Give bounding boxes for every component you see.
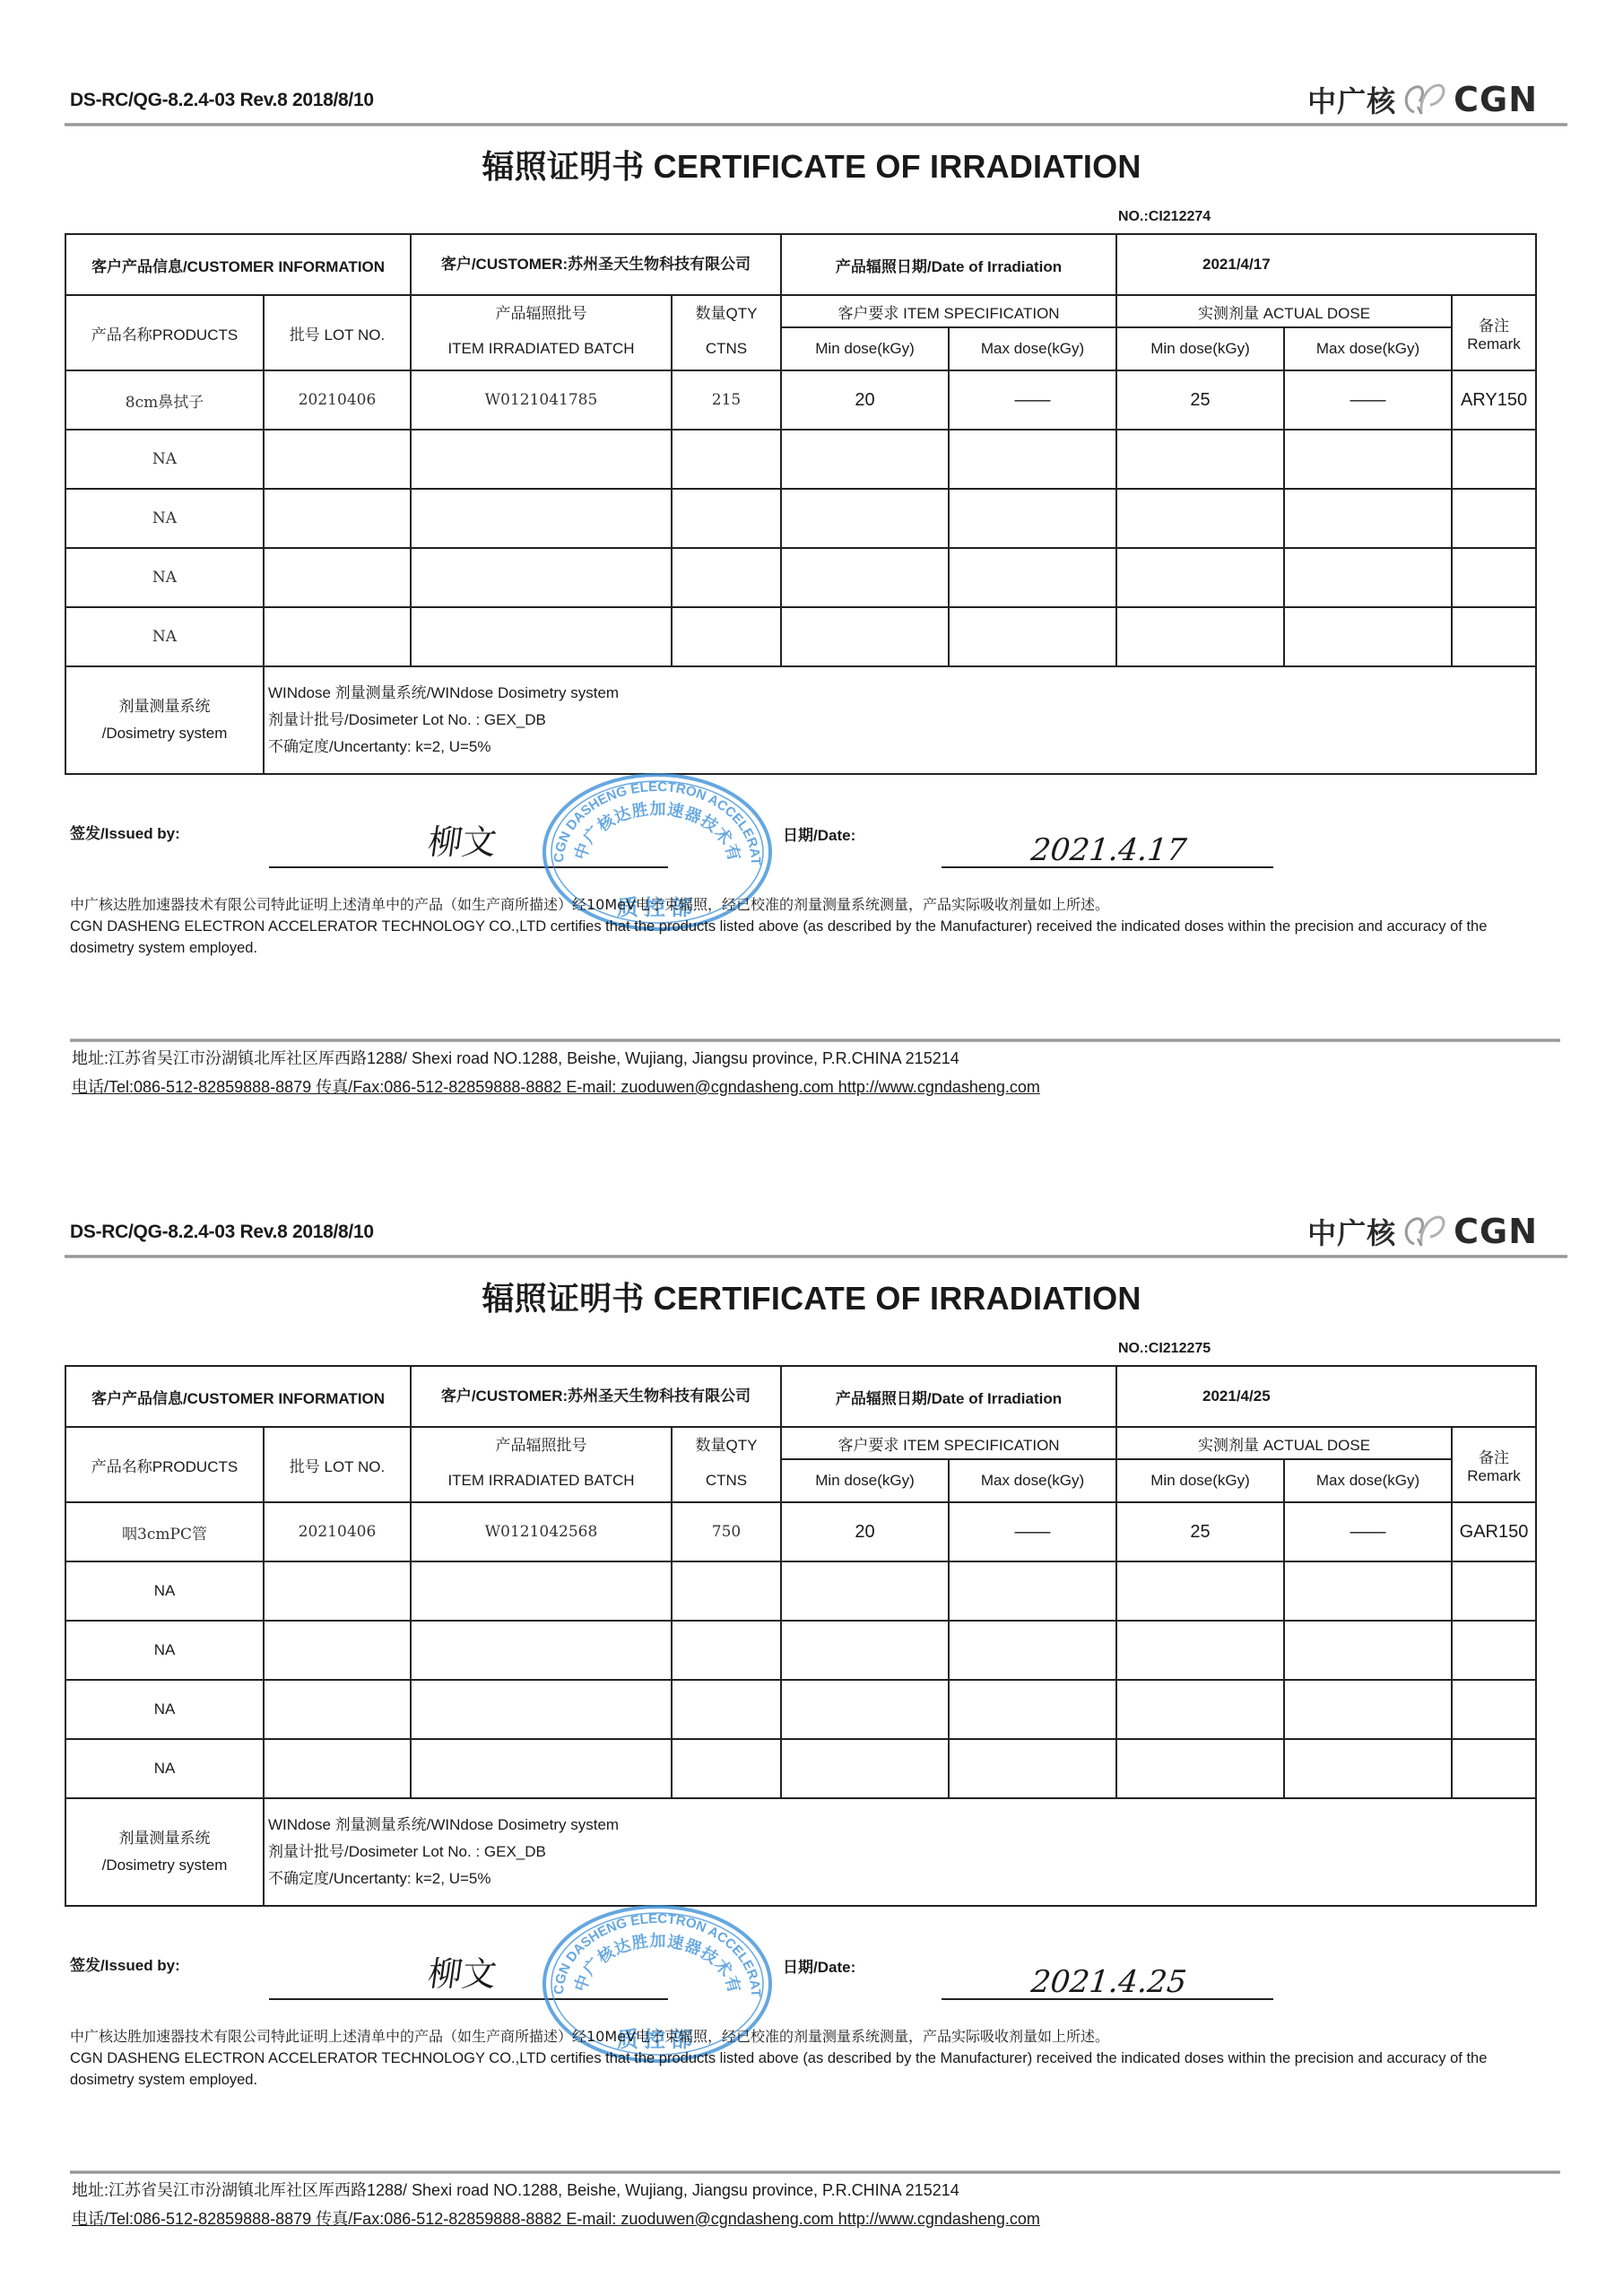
col-header-batch-cn: 产品辐照批号: [411, 295, 672, 327]
cell-spec-max: [949, 607, 1116, 666]
table-row: NA: [65, 430, 1536, 489]
uncertainty: 不确定度/Uncertanty: k=2, U=5%: [268, 1865, 1535, 1892]
cell-spec-min: 20: [781, 1502, 949, 1561]
issued-by-label: 签发/Issued by:: [70, 821, 180, 843]
cell-product: 8cm鼻拭子: [65, 370, 264, 430]
cell-product: NA: [65, 1561, 264, 1621]
table-row: NA: [65, 548, 1536, 607]
cell-qty: 750: [672, 1502, 781, 1561]
col-header-remark: 备注 Remark: [1452, 295, 1536, 370]
table-body: 咽3cmPC管20210406W012104256875020——25——GAR…: [65, 1502, 1536, 1798]
table-row: NA: [65, 607, 1536, 666]
cell-spec-max: [949, 1680, 1116, 1739]
col-header-remark: 备注 Remark: [1452, 1427, 1536, 1502]
dosimetry-system: WINdose 剂量测量系统/WINdose Dosimetry system: [268, 680, 1535, 707]
cell-remark: [1452, 607, 1536, 666]
cell-batch: [411, 430, 672, 489]
logo-english-text: CGN: [1454, 1212, 1538, 1251]
certification-statement: 中广核达胜加速器技术有限公司特此证明上述清单中的产品（如生产商所描述）经10Me…: [70, 894, 1549, 959]
cell-remark: ARY150: [1452, 370, 1536, 430]
cell-spec-max: ——: [949, 370, 1116, 430]
cell-batch: [411, 607, 672, 666]
cell-act-max: [1284, 1680, 1452, 1739]
cell-spec-max: [949, 1621, 1116, 1680]
cell-remark: [1452, 1680, 1536, 1739]
cell-product: NA: [65, 430, 264, 489]
col-header-products: 产品名称PRODUCTS: [65, 1427, 264, 1502]
dosimetry-label-cn: 剂量测量系统: [66, 693, 263, 720]
dosimetry-details: WINdose 剂量测量系统/WINdose Dosimetry system …: [264, 1798, 1536, 1906]
col-header-actual-min: Min dose(kGy): [1116, 1459, 1284, 1502]
company-logo: 中广核 CGN: [1307, 1211, 1538, 1252]
cell-lot: [264, 607, 411, 666]
issued-by-label: 签发/Issued by:: [70, 1952, 180, 1975]
cell-batch: [411, 1561, 672, 1621]
cell-act-max: ——: [1284, 1502, 1452, 1561]
cell-act-max: ——: [1284, 370, 1452, 430]
col-header-batch-cn: 产品辐照批号: [411, 1427, 672, 1459]
cell-product: NA: [65, 1680, 264, 1739]
table-row: NA: [65, 1739, 1536, 1798]
cell-qty: [672, 1621, 781, 1680]
statement-chinese: 中广核达胜加速器技术有限公司特此证明上述清单中的产品（如生产商所描述）经10Me…: [70, 2026, 1549, 2048]
dosimetry-details: WINdose 剂量测量系统/WINdose Dosimetry system …: [264, 666, 1536, 774]
cell-spec-min: 20: [781, 370, 949, 430]
customer-info-label: 客户产品信息/CUSTOMER INFORMATION: [65, 1366, 411, 1427]
page-title: 辐照证明书 CERTIFICATE OF IRRADIATION: [0, 1274, 1623, 1319]
statement-english: CGN DASHENG ELECTRON ACCELERATOR TECHNOL…: [70, 916, 1549, 959]
cell-product: NA: [65, 607, 264, 666]
col-header-actual-max: Max dose(kGy): [1284, 327, 1452, 370]
cell-act-min: 25: [1116, 370, 1284, 430]
cell-batch: [411, 1621, 672, 1680]
table-row: NA: [65, 489, 1536, 548]
cell-remark: [1452, 1561, 1536, 1621]
cell-spec-max: [949, 1739, 1116, 1798]
cell-act-max: [1284, 430, 1452, 489]
signature: 柳文: [425, 1946, 500, 1996]
company-contact[interactable]: 电话/Tel:086-512-82859888-8879 传真/Fax:086-…: [72, 1074, 1040, 1098]
statement-chinese: 中广核达胜加速器技术有限公司特此证明上述清单中的产品（如生产商所描述）经10Me…: [70, 894, 1549, 916]
col-header-batch-en: ITEM IRRADIATED BATCH: [411, 327, 672, 370]
certificate: DS-RC/QG-8.2.4-03 Rev.8 2018/8/10 中广核 CG…: [0, 1132, 1623, 2262]
col-header-spec-max: Max dose(kGy): [949, 327, 1116, 370]
cell-act-min: [1116, 1561, 1284, 1621]
cell-spec-min: [781, 548, 949, 607]
table-row: NA: [65, 1680, 1536, 1739]
dosimetry-label-en: /Dosimetry system: [66, 1852, 263, 1879]
dosimeter-lot: 剂量计批号/Dosimeter Lot No. : GEX_DB: [268, 1839, 1535, 1865]
cell-qty: [672, 607, 781, 666]
col-header-spec: 客户要求 ITEM SPECIFICATION: [781, 1427, 1116, 1459]
company-logo: 中广核 CGN: [1307, 79, 1538, 120]
handwritten-date: 2021.4.17: [1029, 832, 1188, 868]
table-row: NA: [65, 1621, 1536, 1680]
cell-spec-min: [781, 1739, 949, 1798]
col-header-spec-min: Min dose(kGy): [781, 327, 949, 370]
dosimetry-system: WINdose 剂量测量系统/WINdose Dosimetry system: [268, 1812, 1535, 1839]
irradiation-date-value: 2021/4/25: [1116, 1366, 1536, 1427]
cell-act-max: [1284, 1621, 1452, 1680]
cell-spec-max: [949, 548, 1116, 607]
company-contact[interactable]: 电话/Tel:086-512-82859888-8879 传真/Fax:086-…: [72, 2206, 1040, 2230]
document-reference: DS-RC/QG-8.2.4-03 Rev.8 2018/8/10: [70, 1222, 374, 1243]
cell-lot: [264, 548, 411, 607]
cell-remark: [1452, 430, 1536, 489]
cell-spec-max: [949, 430, 1116, 489]
cell-act-min: [1116, 607, 1284, 666]
cell-batch: [411, 1680, 672, 1739]
col-header-lot: 批号 LOT NO.: [264, 295, 411, 370]
table-row: NA: [65, 1561, 1536, 1621]
logo-english-text: CGN: [1454, 80, 1538, 119]
customer-name: 客户/CUSTOMER:苏州圣天生物科技有限公司: [411, 1366, 781, 1427]
col-header-batch-en: ITEM IRRADIATED BATCH: [411, 1459, 672, 1502]
col-header-spec-min: Min dose(kGy): [781, 1459, 949, 1502]
irradiation-date-label: 产品辐照日期/Date of Irradiation: [781, 234, 1116, 295]
irradiation-date-label: 产品辐照日期/Date of Irradiation: [781, 1366, 1116, 1427]
col-header-actual: 实测剂量 ACTUAL DOSE: [1116, 1427, 1452, 1459]
uncertainty: 不确定度/Uncertanty: k=2, U=5%: [268, 734, 1535, 761]
cell-spec-min: [781, 1621, 949, 1680]
col-header-spec-max: Max dose(kGy): [949, 1459, 1116, 1502]
cell-act-max: [1284, 489, 1452, 548]
cell-remark: [1452, 1739, 1536, 1798]
date-label: 日期/Date:: [783, 1954, 855, 1977]
cell-act-max: [1284, 548, 1452, 607]
cell-lot: [264, 489, 411, 548]
cell-qty: [672, 548, 781, 607]
cell-qty: [672, 1680, 781, 1739]
cell-batch: [411, 548, 672, 607]
cell-product: NA: [65, 548, 264, 607]
cell-act-min: [1116, 1621, 1284, 1680]
cell-act-min: [1116, 548, 1284, 607]
cell-act-min: 25: [1116, 1502, 1284, 1561]
cgn-swirl-logo-icon: [1402, 1213, 1448, 1249]
cell-remark: [1452, 548, 1536, 607]
date-label: 日期/Date:: [783, 822, 855, 845]
table-body: 8cm鼻拭子20210406W012104178521520——25——ARY1…: [65, 370, 1536, 666]
cell-product: NA: [65, 1621, 264, 1680]
cell-qty: [672, 1561, 781, 1621]
cell-batch: W0121041785: [411, 370, 672, 430]
customer-info-label: 客户产品信息/CUSTOMER INFORMATION: [65, 234, 411, 295]
col-header-qty-unit: CTNS: [672, 327, 781, 370]
date-line: [942, 866, 1273, 868]
cgn-swirl-logo-icon: [1402, 82, 1448, 117]
certificate: DS-RC/QG-8.2.4-03 Rev.8 2018/8/10 中广核 CG…: [0, 0, 1623, 1130]
cell-spec-max: ——: [949, 1502, 1116, 1561]
certificate-number: NO.:CI212275: [1118, 1341, 1211, 1357]
footer-divider: [70, 2170, 1560, 2174]
col-header-qty-unit: CTNS: [672, 1459, 781, 1502]
cell-spec-min: [781, 1561, 949, 1621]
col-header-qty: 数量QTY: [672, 1427, 781, 1459]
col-header-actual: 实测剂量 ACTUAL DOSE: [1116, 295, 1452, 327]
customer-name: 客户/CUSTOMER:苏州圣天生物科技有限公司: [411, 234, 781, 295]
irradiation-table: 客户产品信息/CUSTOMER INFORMATION 客户/CUSTOMER:…: [65, 1365, 1537, 1907]
cell-remark: GAR150: [1452, 1502, 1536, 1561]
irradiation-table: 客户产品信息/CUSTOMER INFORMATION 客户/CUSTOMER:…: [65, 233, 1537, 775]
cell-product: 咽3cmPC管: [65, 1502, 264, 1561]
cell-product: NA: [65, 1739, 264, 1798]
cell-qty: 215: [672, 370, 781, 430]
cell-lot: [264, 1621, 411, 1680]
table-row: 咽3cmPC管20210406W012104256875020——25——GAR…: [65, 1502, 1536, 1561]
table-row: 8cm鼻拭子20210406W012104178521520——25——ARY1…: [65, 370, 1536, 430]
handwritten-date: 2021.4.25: [1029, 1964, 1188, 2000]
cell-act-min: [1116, 430, 1284, 489]
cell-act-min: [1116, 1680, 1284, 1739]
statement-english: CGN DASHENG ELECTRON ACCELERATOR TECHNOL…: [70, 2048, 1549, 2091]
cell-lot: [264, 430, 411, 489]
col-header-actual-min: Min dose(kGy): [1116, 327, 1284, 370]
cell-lot: [264, 1739, 411, 1798]
cell-batch: W0121042568: [411, 1502, 672, 1561]
page-title: 辐照证明书 CERTIFICATE OF IRRADIATION: [0, 142, 1623, 187]
cell-spec-min: [781, 430, 949, 489]
cell-lot: [264, 1680, 411, 1739]
cell-act-max: [1284, 1561, 1452, 1621]
cell-lot: 20210406: [264, 370, 411, 430]
company-address: 地址:江苏省吴江市汾湖镇北厍社区厍西路1288/ Shexi road NO.1…: [72, 2178, 959, 2201]
certification-statement: 中广核达胜加速器技术有限公司特此证明上述清单中的产品（如生产商所描述）经10Me…: [70, 2026, 1549, 2091]
cell-spec-max: [949, 1561, 1116, 1621]
logo-chinese-text: 中广核: [1307, 79, 1396, 120]
cell-remark: [1452, 489, 1536, 548]
col-header-actual-max: Max dose(kGy): [1284, 1459, 1452, 1502]
company-address: 地址:江苏省吴江市汾湖镇北厍社区厍西路1288/ Shexi road NO.1…: [72, 1046, 959, 1069]
logo-chinese-text: 中广核: [1307, 1211, 1396, 1252]
irradiation-date-value: 2021/4/17: [1116, 234, 1536, 295]
cell-lot: [264, 1561, 411, 1621]
cell-qty: [672, 489, 781, 548]
cell-batch: [411, 1739, 672, 1798]
dosimetry-label: 剂量测量系统 /Dosimetry system: [65, 666, 264, 774]
cell-qty: [672, 430, 781, 489]
cell-product: NA: [65, 489, 264, 548]
cell-act-min: [1116, 1739, 1284, 1798]
col-header-products: 产品名称PRODUCTS: [65, 295, 264, 370]
cell-act-min: [1116, 489, 1284, 548]
col-header-lot: 批号 LOT NO.: [264, 1427, 411, 1502]
footer-divider: [70, 1039, 1560, 1042]
cell-spec-max: [949, 489, 1116, 548]
cell-batch: [411, 489, 672, 548]
dosimeter-lot: 剂量计批号/Dosimeter Lot No. : GEX_DB: [268, 707, 1535, 734]
cell-act-max: [1284, 1739, 1452, 1798]
cell-qty: [672, 1739, 781, 1798]
date-line: [942, 1998, 1273, 2000]
header-divider: [65, 123, 1567, 126]
cell-remark: [1452, 1621, 1536, 1680]
cell-spec-min: [781, 1680, 949, 1739]
dosimetry-label-en: /Dosimetry system: [66, 720, 263, 747]
cell-act-max: [1284, 607, 1452, 666]
signature: 柳文: [425, 814, 500, 864]
header-divider: [65, 1255, 1567, 1258]
col-header-spec: 客户要求 ITEM SPECIFICATION: [781, 295, 1116, 327]
cell-spec-min: [781, 607, 949, 666]
certificate-number: NO.:CI212274: [1118, 209, 1211, 225]
dosimetry-label-cn: 剂量测量系统: [66, 1825, 263, 1852]
cell-lot: 20210406: [264, 1502, 411, 1561]
document-reference: DS-RC/QG-8.2.4-03 Rev.8 2018/8/10: [70, 90, 374, 111]
cell-spec-min: [781, 489, 949, 548]
dosimetry-label: 剂量测量系统 /Dosimetry system: [65, 1798, 264, 1906]
col-header-qty: 数量QTY: [672, 295, 781, 327]
